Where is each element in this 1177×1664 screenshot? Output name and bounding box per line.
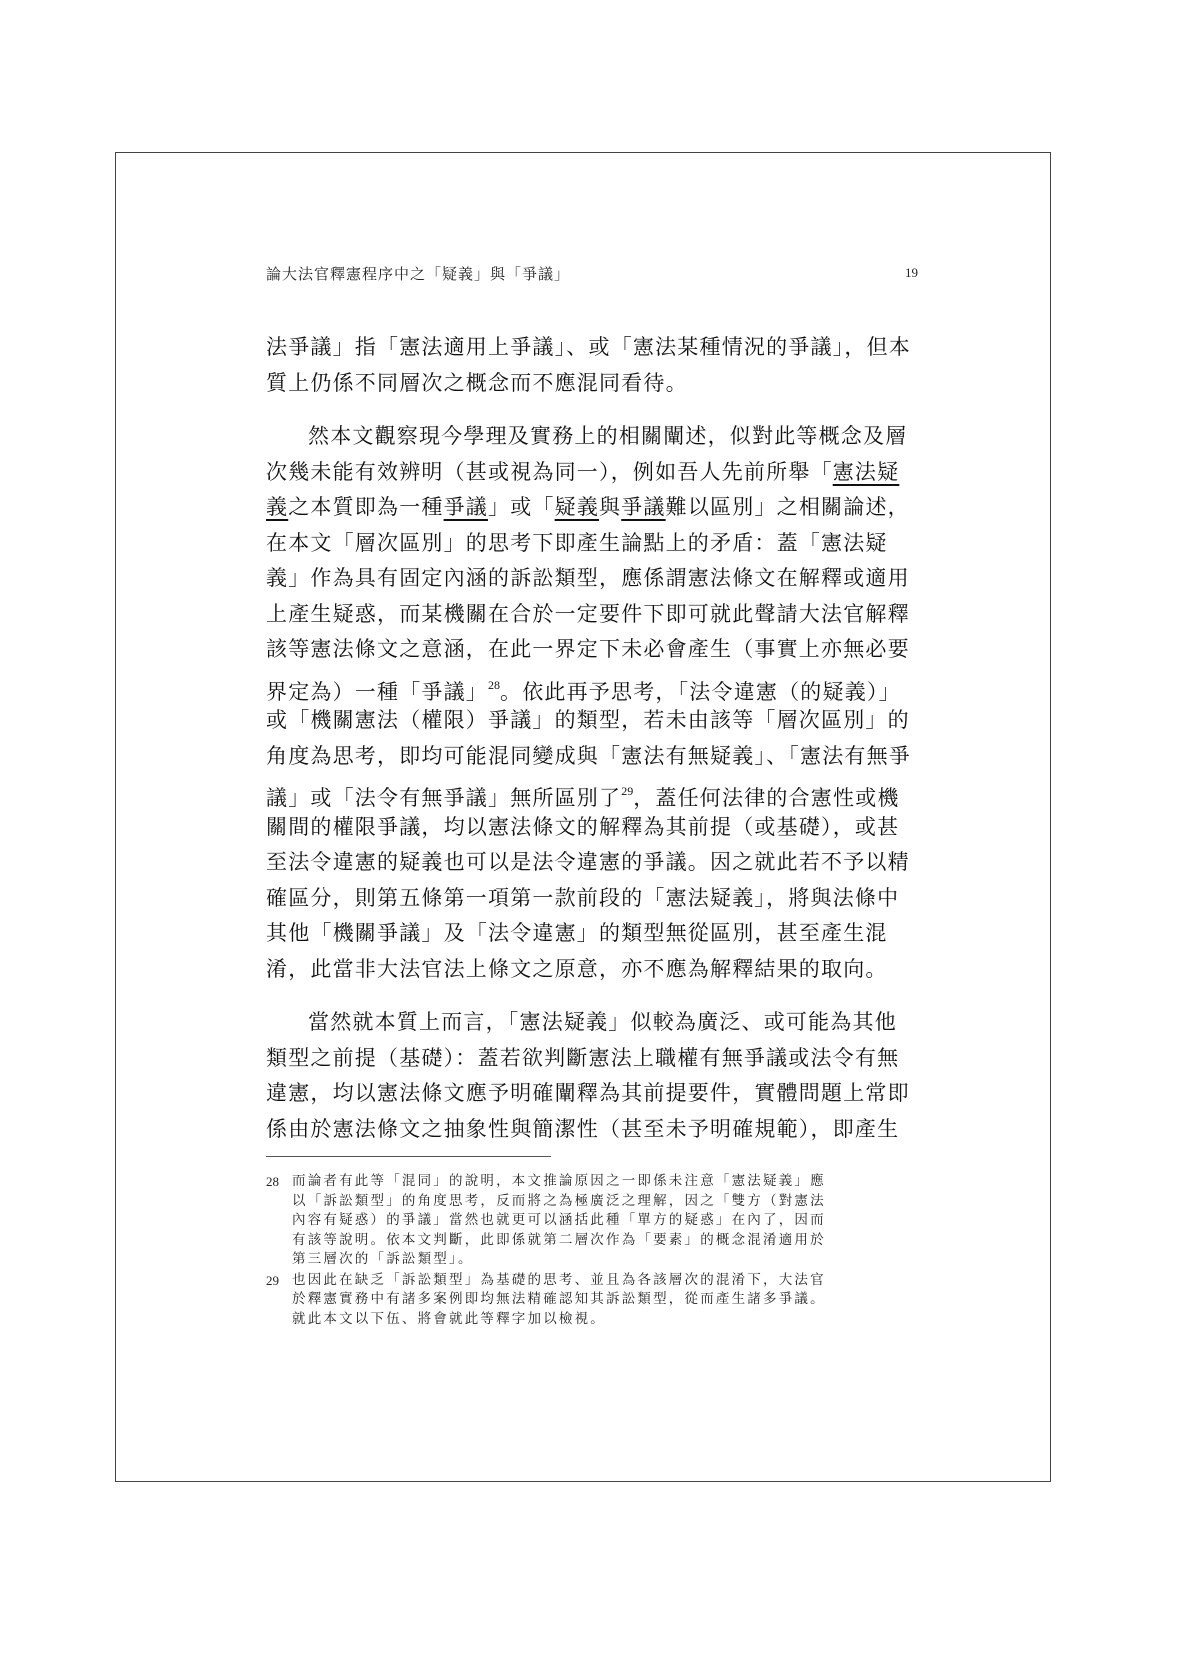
body-text: 法爭議」指「憲法適用上爭議」、或「憲法某種情況的爭議」，但本 質上仍係不同層次之… [266, 330, 926, 1165]
text-span: 。依此再予思考，「法令違憲（的疑義）」 [500, 680, 901, 704]
footnote-line: 也因此在缺乏「訴訟類型」為基礎的思考、並且為各該層次的混淆下，大法官 [292, 1271, 926, 1291]
text-span: 界定為）一種「爭議」 [266, 680, 488, 704]
footnote-28: 28 而論者有此等「混同」的說明，本文推論原因之一即係未注意「憲法疑義」應 以「… [266, 1172, 926, 1270]
text-line: 次幾未能有效辨明（甚或視為同一），例如吾人先前所舉「憲法疑 [266, 455, 926, 491]
text-line: 該等憲法條文之意涵，在此一界定下未必會產生（事實上亦無必要 [266, 632, 926, 668]
text-span: 難以區別」之相關論述， [666, 495, 910, 519]
paragraph-3: 當然就本質上而言，「憲法疑義」似較為廣泛、或可能為其他 類型之前提（基礎）：蓋若… [266, 1005, 926, 1147]
text-line: 上產生疑惑，而某機關在合於一定要件下即可就此聲請大法官解釋 [266, 597, 926, 633]
footnote-separator [266, 1156, 551, 1157]
text-span: 與 [599, 495, 621, 519]
text-span: ，蓋任何法律的合憲性或機 [633, 786, 899, 810]
text-span: 」或「 [488, 495, 555, 519]
footnote-line: 就此本文以下伍、將會就此等釋字加以檢視。 [292, 1310, 926, 1330]
footnotes: 28 而論者有此等「混同」的說明，本文推論原因之一即係未注意「憲法疑義」應 以「… [266, 1172, 926, 1330]
text-line: 關間的權限爭議，均以憲法條文的解釋為其前提（或基礎），或甚 [266, 810, 926, 846]
text-line: 角度為思考，即均可能混同變成與「憲法有無疑義」、「憲法有無爭 [266, 739, 926, 775]
text-line: 當然就本質上而言，「憲法疑義」似較為廣泛、或可能為其他 [266, 1005, 926, 1041]
text-line: 義」作為具有固定內涵的訴訟類型，應係謂憲法條文在解釋或適用 [266, 561, 926, 597]
footnote-line: 有該等說明。依本文判斷，此即係就第二層次作為「要素」的概念混淆適用於 [292, 1231, 926, 1251]
underlined-text: 疑義 [555, 495, 599, 519]
footnote-line: 於釋憲實務中有諸多案例即均無法精確認知其訴訟類型，從而產生諸多爭議。 [292, 1290, 926, 1310]
footnote-ref-28[interactable]: 28 [488, 678, 500, 692]
underlined-text: 爭議 [444, 495, 488, 519]
text-line: 義之本質即為一種爭議」或「疑義與爭議難以區別」之相關論述， [266, 490, 926, 526]
text-span: 之本質即為一種 [288, 495, 443, 519]
paragraph-2: 然本文觀察現今學理及實務上的相關闡述，似對此等概念及層 次幾未能有效辨明（甚或視… [266, 419, 926, 987]
footnote-line: 而論者有此等「混同」的說明，本文推論原因之一即係未注意「憲法疑義」應 [292, 1172, 926, 1192]
text-line: 在本文「層次區別」的思考下即產生論點上的矛盾：蓋「憲法疑 [266, 526, 926, 562]
footnote-number: 28 [266, 1172, 279, 1192]
footnote-line: 第三層次的「訴訟類型」。 [292, 1250, 926, 1270]
underlined-text: 爭議 [621, 495, 665, 519]
text-line: 然本文觀察現今學理及實務上的相關闡述，似對此等概念及層 [266, 419, 926, 455]
text-span: 次幾未能有效辨明（甚或視為同一），例如吾人先前所舉「 [266, 460, 833, 484]
footnote-number: 29 [266, 1271, 279, 1291]
footnote-line: 以「訴訟類型」的角度思考，反而將之為極廣泛之理解，因之「雙方（對憲法 [292, 1192, 926, 1212]
text-line: 違憲，均以憲法條文應予明確闡釋為其前提要件，實體問題上常即 [266, 1076, 926, 1112]
footnote-line: 內容有疑惑）的爭議」當然也就更可以涵括此種「單方的疑惑」在內了，因而 [292, 1211, 926, 1231]
paragraph-1: 法爭議」指「憲法適用上爭議」、或「憲法某種情況的爭議」，但本 質上仍係不同層次之… [266, 330, 926, 401]
text-line: 法爭議」指「憲法適用上爭議」、或「憲法某種情況的爭議」，但本 [266, 330, 926, 366]
underlined-text: 義 [266, 495, 288, 519]
text-line: 類型之前提（基礎）：蓋若欲判斷憲法上職權有無爭議或法令有無 [266, 1041, 926, 1077]
page-number: 19 [905, 265, 918, 281]
text-line: 至法令違憲的疑義也可以是法令違憲的爭議。因之就此若不予以精 [266, 845, 926, 881]
footnote-ref-29[interactable]: 29 [621, 784, 633, 798]
text-line: 確區分，則第五條第一項第一款前段的「憲法疑義」，將與法條中 [266, 881, 926, 917]
text-line: 議」或「法令有無爭議」無所區別了29，蓋任何法律的合憲性或機 [266, 774, 926, 810]
text-line: 淆，此當非大法官法上條文之原意，亦不應為解釋結果的取向。 [266, 952, 926, 988]
text-span: 議」或「法令有無爭議」無所區別了 [266, 786, 621, 810]
running-title: 論大法官釋憲程序中之「疑義」與「爭議」 [266, 263, 570, 284]
underlined-text: 憲法疑 [833, 460, 900, 484]
text-line: 其他「機關爭議」及「法令違憲」的類型無從區別，甚至產生混 [266, 916, 926, 952]
text-line: 係由於憲法條文之抽象性與簡潔性（甚至未予明確規範），即產生 [266, 1112, 926, 1148]
footnote-29: 29 也因此在缺乏「訴訟類型」為基礎的思考、並且為各該層次的混淆下，大法官 於釋… [266, 1271, 926, 1330]
text-line: 質上仍係不同層次之概念而不應混同看待。 [266, 366, 926, 402]
text-line: 或「機關憲法（權限）爭議」的類型，若未由該等「層次區別」的 [266, 703, 926, 739]
text-line: 界定為）一種「爭議」28。依此再予思考，「法令違憲（的疑義）」 [266, 668, 926, 704]
